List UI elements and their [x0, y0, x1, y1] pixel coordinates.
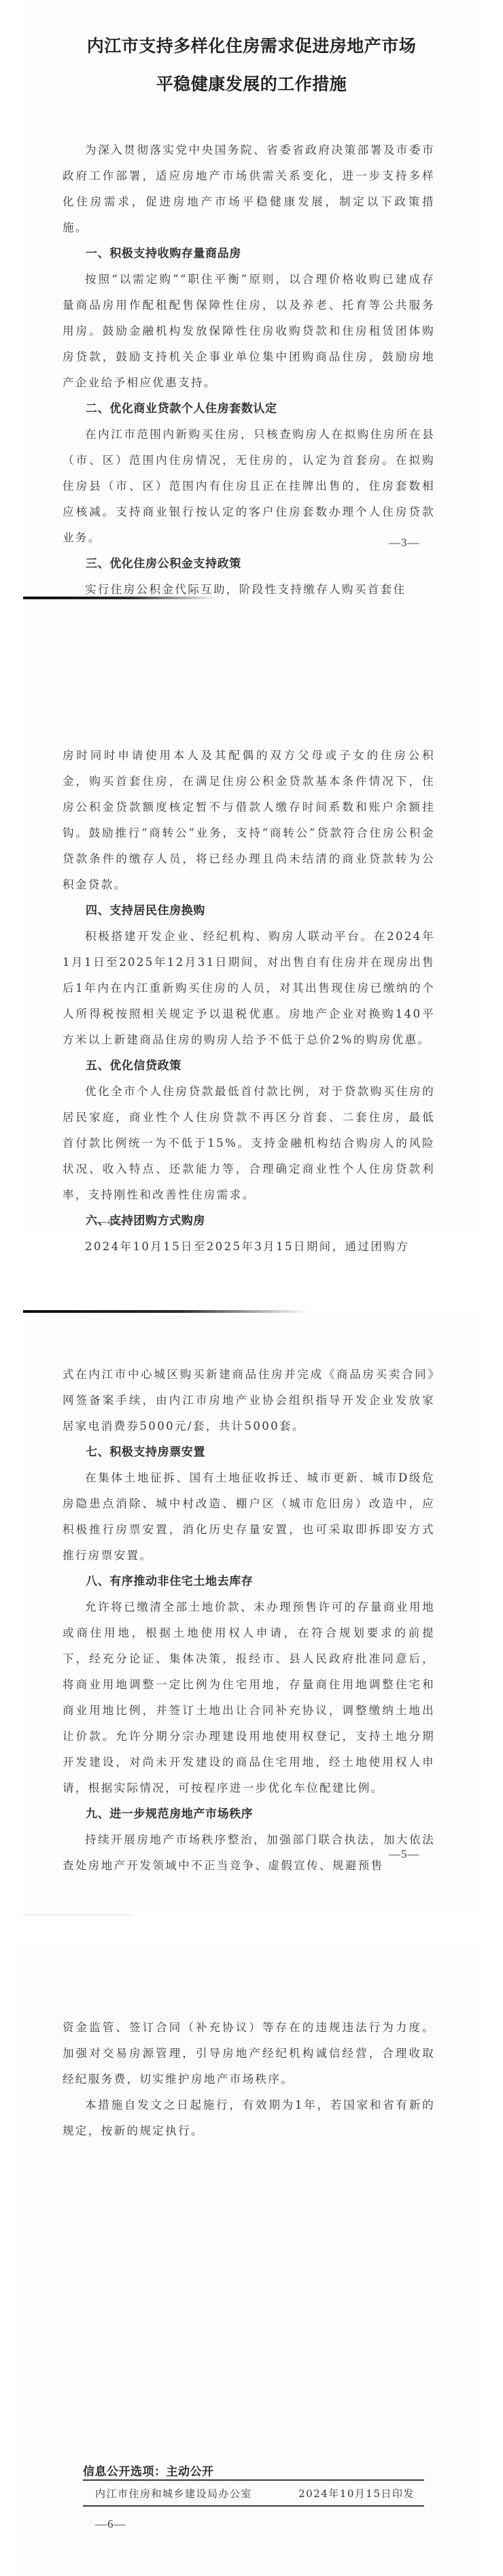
- page-divider: [23, 1310, 309, 1313]
- page-number-3: —3—: [389, 536, 420, 550]
- document-title: 内江市支持多样化住房需求促进房地产市场 平稳健康发展的工作措施: [41, 27, 462, 103]
- section-6-body-part-2: 式在内江市中心城区购买新建商品住房并完成《商品房买卖合同》网签备案手续，由内江市…: [63, 1362, 435, 1439]
- closing-paragraph: 本措施自发文之日起施行，有效期为1年，若国家和省有新的规定，按新的规定执行。: [63, 2092, 435, 2144]
- section-3-body-part-2: 房时同时申请使用本人及其配偶的双方父母或子女的住房公积金，购买首套住房，在满足住…: [63, 743, 435, 898]
- intro-paragraph: 为深入贯彻落实党中央国务院、省委省政府决策部署及市委市政府工作部署，适应房地产市…: [63, 137, 435, 241]
- section-4-heading: 四、支持居民住房换购: [63, 898, 435, 924]
- section-4-body: 积极搭建开发企业、经纪机构、购房人联动平台。在2024年1月1日至2025年12…: [63, 924, 435, 1053]
- section-1-body: 按照“以需定购”“职住平衡”原则，以合理价格收购已建成存量商品房用作配租配售保障…: [63, 267, 435, 396]
- section-5-heading: 五、优化信贷政策: [63, 1053, 435, 1079]
- page-4-body: 房时同时申请使用本人及其配偶的双方父母或子女的住房公积金，购买首套住房，在满足住…: [63, 743, 435, 1260]
- scan-artifact-rule: [23, 1914, 132, 1916]
- section-2-heading: 二、优化商业贷款个人住房套数认定: [63, 396, 435, 422]
- section-5-body: 优化全市个人住房贷款最低首付款比例，对于贷款购买住房的居民家庭，商业性个人住房贷…: [63, 1079, 435, 1208]
- section-8-body: 允许将已缴清全部土地价款、未办理预售许可的存量商业用地或商住用地，根据土地使用权…: [63, 1594, 435, 1801]
- page-3-body: 为深入贯彻落实党中央国务院、省委省政府决策部署及市委市政府工作部署，适应房地产市…: [63, 137, 435, 603]
- page-number-4: —4—: [95, 1215, 126, 1228]
- section-1-heading: 一、积极支持收购存量商品房: [63, 241, 435, 267]
- section-9-heading: 九、进一步规范房地产市场秩序: [63, 1801, 435, 1827]
- page-number-5: —5—: [389, 1847, 420, 1861]
- page-6-body: 资金监管、签订合同（补充协议）等存在的违规违法行为力度。加强对交易房源管理，引导…: [63, 2015, 435, 2144]
- section-7-body: 在集体土地征拆、国有土地征收拆迁、城市更新、城市D级危房隐患点消除、城中村改造、…: [63, 1465, 435, 1569]
- colophon: 内江市住房和城乡建设局办公室 2024年10月15日印发: [83, 2479, 424, 2507]
- title-line-2: 平稳健康发展的工作措施: [41, 65, 462, 103]
- section-9-body-part-1: 持续开展房地产市场秩序整治，加强部门联合执法，加大依法查处房地产开发领域中不正当…: [63, 1827, 435, 1879]
- page-5-body: 式在内江市中心城区购买新建商品住房并完成《商品房买卖合同》网签备案手续，由内江市…: [63, 1362, 435, 1879]
- section-3-heading: 三、优化住房公积金支持政策: [63, 551, 435, 577]
- page-divider: [23, 597, 218, 599]
- issuer-name: 内江市住房和城乡建设局办公室: [95, 2486, 252, 2500]
- section-7-heading: 七、积极支持房票安置: [63, 1439, 435, 1465]
- section-2-body: 在内江市范围内新购买住房，只核查购房人在拟购住房所在县（市、区）范围内住房情况，…: [63, 422, 435, 551]
- section-8-heading: 八、有序推动非住宅土地去库存: [63, 1569, 435, 1594]
- section-6-body-part-1: 2024年10月15日至2025年3月15日期间，通过团购方: [63, 1234, 435, 1260]
- title-line-1: 内江市支持多样化住房需求促进房地产市场: [41, 27, 462, 65]
- info-disclosure-label: 信息公开选项：主动公开: [83, 2462, 214, 2479]
- issue-date: 2024年10月15日印发: [298, 2486, 415, 2500]
- page-number-6: —6—: [95, 2518, 126, 2531]
- section-9-body-part-2: 资金监管、签订合同（补充协议）等存在的违规违法行为力度。加强对交易房源管理，引导…: [63, 2015, 435, 2092]
